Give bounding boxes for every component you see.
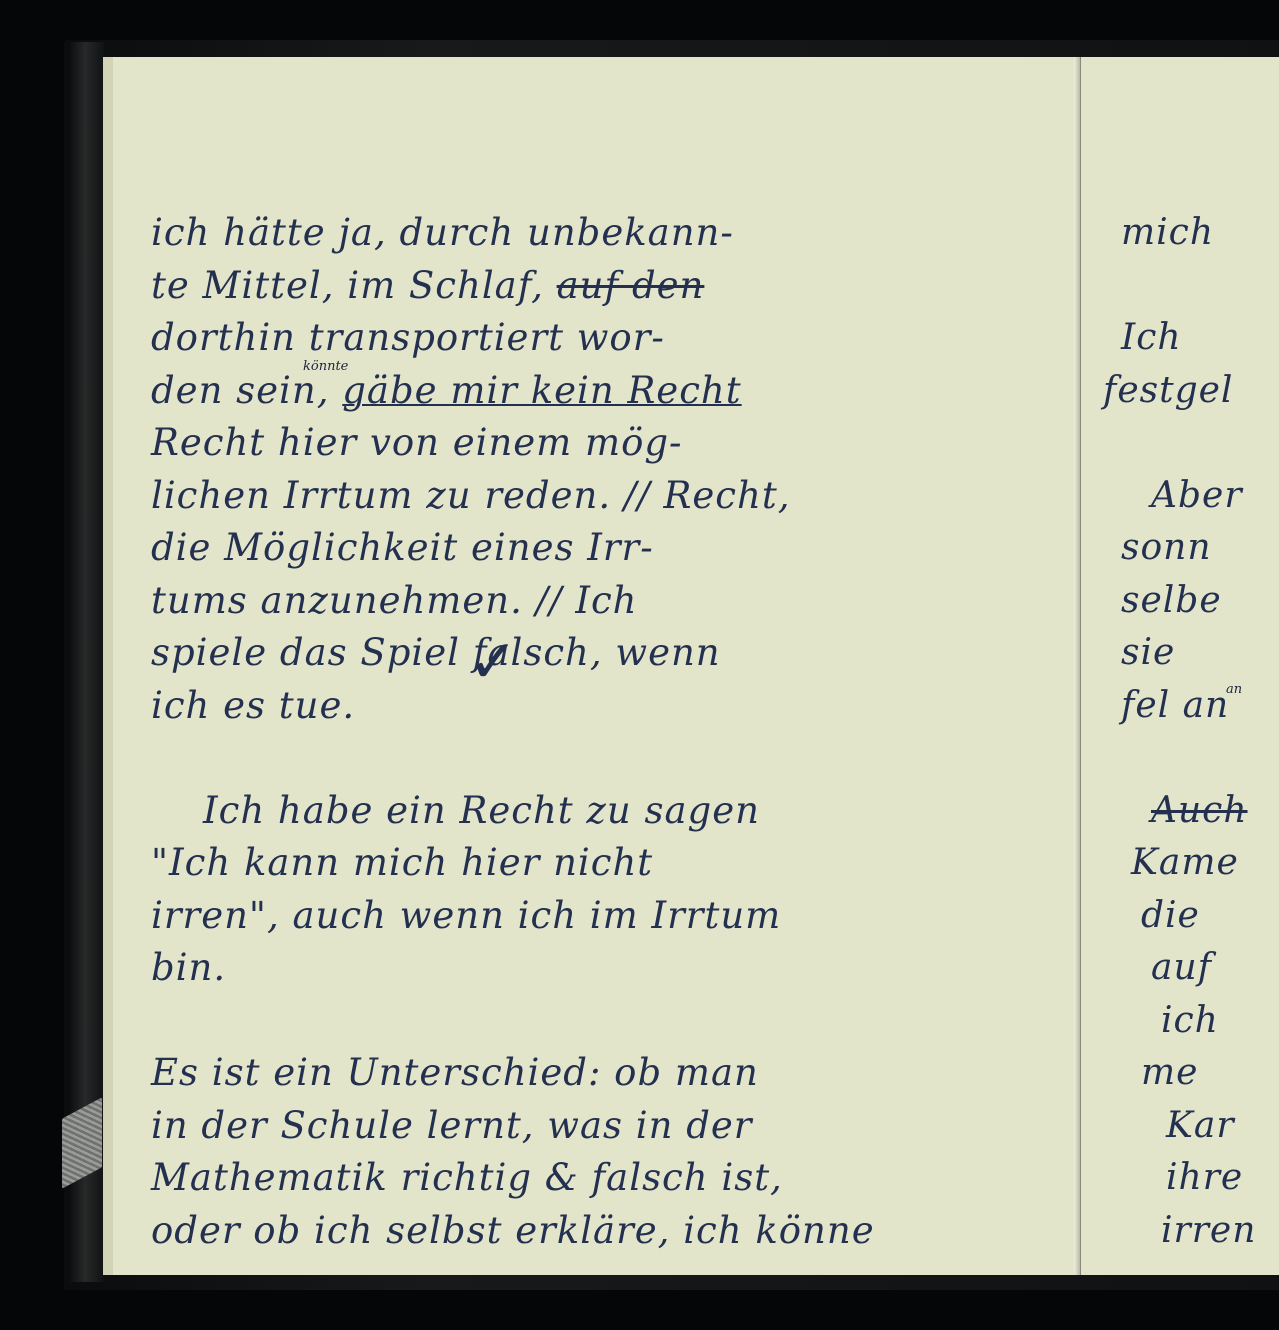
left-page: ich hätte ja, durch unbekann- te Mittel,… [103, 57, 1081, 1275]
manuscript-line: Aber [1151, 470, 1243, 522]
manuscript-line: "Ich kann mich hier nicht [151, 837, 653, 889]
manuscript-line: irren [1161, 1205, 1256, 1257]
manuscript-line: Kar [1166, 1100, 1235, 1152]
manuscript-line: Mathematik richtig & falsch ist, [151, 1152, 783, 1204]
manuscript-line: ich [1161, 995, 1219, 1047]
manuscript-line: oder ob ich selbst erkläre, ich könne [151, 1205, 875, 1257]
manuscript-line: ihre [1166, 1152, 1243, 1204]
manuscript-line: festgel [1103, 365, 1233, 417]
manuscript-line: die Möglichkeit eines Irr- [151, 522, 654, 574]
manuscript-line: ich hätte ja, durch unbekann- [151, 207, 734, 259]
manuscript-line: fel an [1121, 680, 1229, 732]
manuscript-line: spiele das Spiel falsch, wenn [151, 627, 721, 679]
manuscript-line: in der Schule lernt, was in der [151, 1100, 752, 1152]
manuscript-line: dorthin transportiert wor- [151, 312, 665, 364]
manuscript-line: den sein, gäbe mir kein Recht [151, 365, 742, 417]
manuscript-line: irren", auch wenn ich im Irrtum [151, 890, 781, 942]
right-page: mich Ich festgel Aber sonn selbe sie an … [1081, 57, 1279, 1275]
manuscript-line: Ich [1121, 312, 1182, 364]
manuscript-text: te Mittel, im Schlaf, [151, 264, 557, 307]
manuscript-line: Ich habe ein Recht zu sagen [203, 785, 760, 837]
manuscript-line: selbe [1121, 575, 1222, 627]
manuscript-line: Es ist ein Unterschied: ob man [151, 1047, 759, 1099]
manuscript-line: sie [1121, 627, 1175, 679]
manuscript-line: te Mittel, im Schlaf, auf den [151, 260, 704, 312]
manuscript-line: lichen Irrtum zu reden. // Recht, [151, 470, 790, 522]
manuscript-line: Auch [1151, 785, 1248, 837]
manuscript-line: bin. [151, 942, 226, 994]
underlined-text: gäbe mir kein Recht [342, 369, 741, 412]
manuscript-line: mich [1121, 207, 1214, 259]
manuscript-line: sonn [1121, 522, 1212, 574]
manuscript-line: ich es tue. [151, 680, 355, 732]
manuscript-line: die [1141, 890, 1200, 942]
manuscript-line: Kame [1131, 837, 1239, 889]
notebook-spine-edge [70, 42, 104, 1282]
struck-text: auf den [557, 264, 705, 307]
manuscript-text: den sein, [151, 369, 342, 412]
manuscript-line: auf [1151, 942, 1212, 994]
manuscript-line: Recht hier von einem mög- [151, 417, 683, 469]
check-mark-icon: ✓ [468, 632, 518, 692]
manuscript-line: me [1141, 1047, 1198, 1099]
manuscript-line: tums anzunehmen. // Ich [151, 575, 638, 627]
